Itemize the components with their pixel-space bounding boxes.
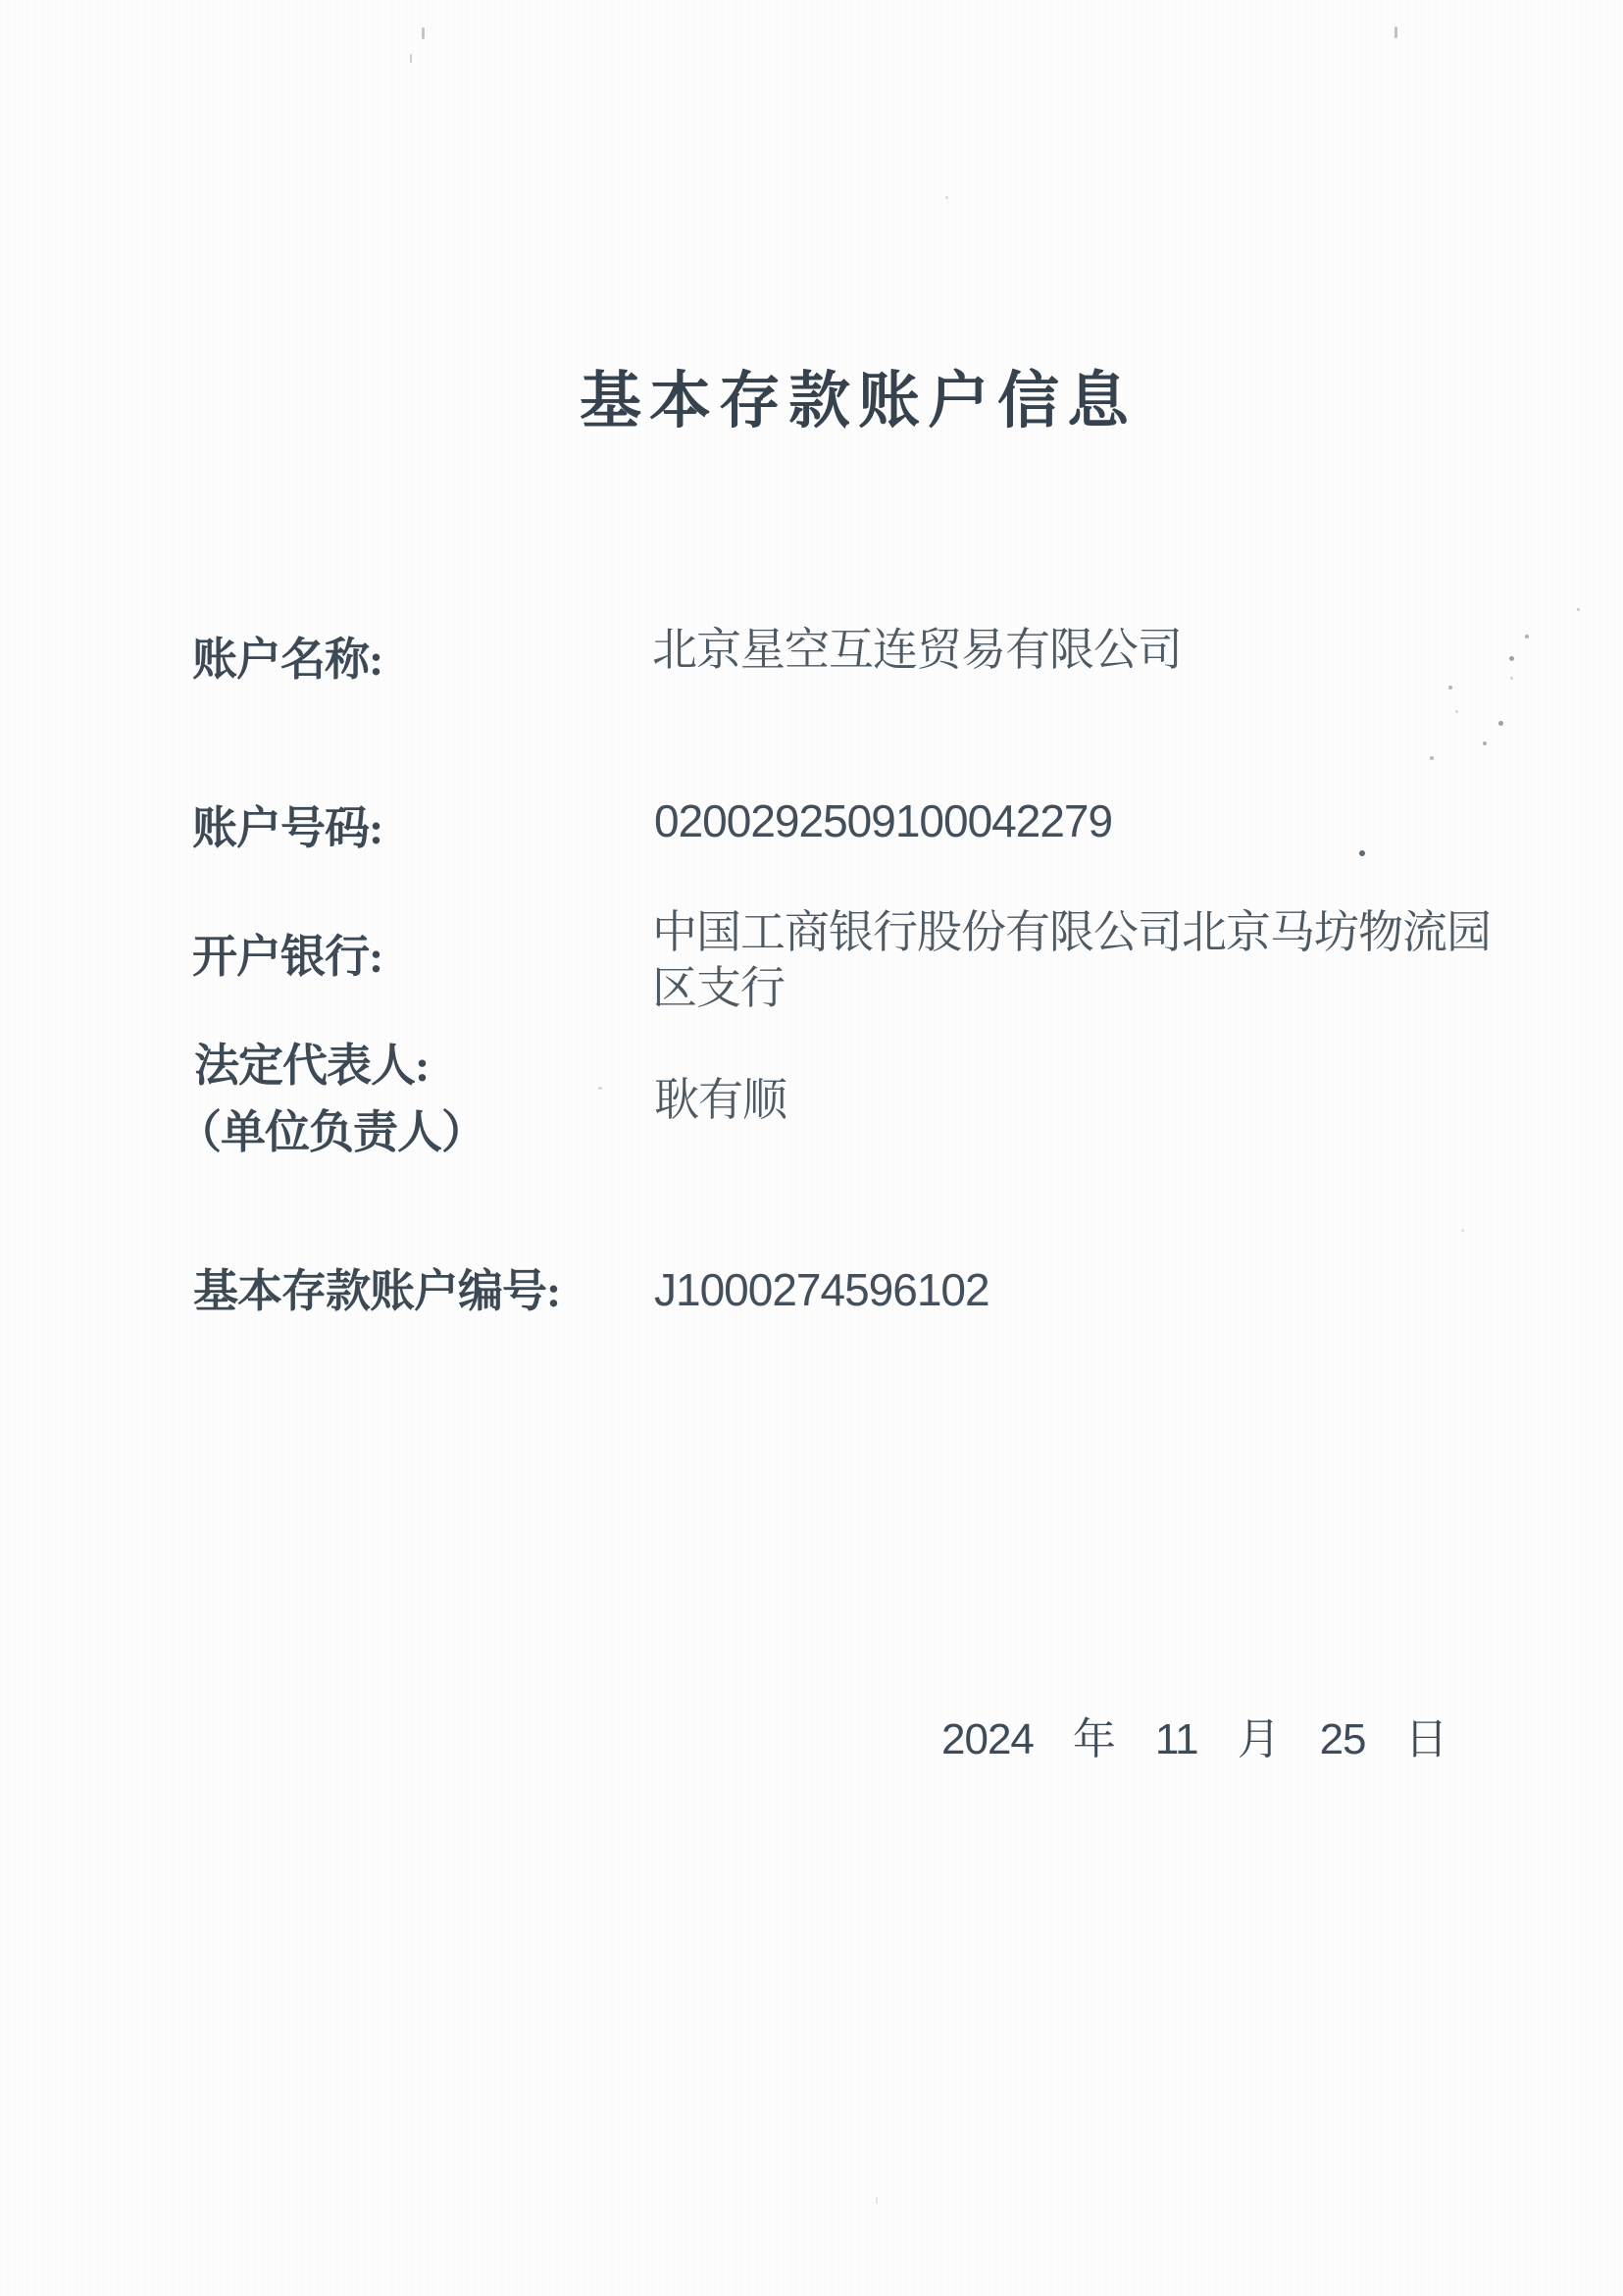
date-day: 25 bbox=[1320, 1718, 1366, 1761]
scan-artifact bbox=[1577, 608, 1580, 611]
scan-artifact bbox=[1448, 686, 1452, 689]
account-name-value: 北京星空互连贸易有限公司 bbox=[652, 626, 1182, 676]
date-month-unit: 月 bbox=[1238, 1718, 1281, 1761]
scan-artifact bbox=[1395, 26, 1397, 38]
account-number-label: 账户号码: bbox=[192, 804, 382, 854]
account-number-value: 0200292509100042279 bbox=[654, 796, 1112, 846]
document-title: 基本存款账户信息 bbox=[580, 371, 1137, 433]
scan-artifact bbox=[876, 2197, 878, 2204]
date-year-unit: 年 bbox=[1073, 1718, 1116, 1761]
legal-rep-label-line2: （单位负责人） bbox=[177, 1108, 485, 1158]
date-year: 2024 bbox=[941, 1718, 1034, 1761]
date-day-unit: 日 bbox=[1405, 1718, 1448, 1761]
scan-artifact bbox=[1455, 710, 1458, 713]
account-id-label: 基本存款账户编号: bbox=[193, 1267, 560, 1317]
account-name-label: 账户名称: bbox=[192, 636, 382, 686]
scan-artifact bbox=[1498, 721, 1503, 726]
scan-artifact bbox=[1510, 677, 1513, 680]
date-month: 11 bbox=[1155, 1718, 1198, 1761]
scanned-document-page: 基本存款账户信息 账户名称: 北京星空互连贸易有限公司 账户号码: 020029… bbox=[0, 0, 1623, 2296]
legal-rep-label-line1: 法定代表人: bbox=[194, 1042, 429, 1092]
scan-artifact bbox=[1461, 1229, 1464, 1232]
account-id-value: J1000274596102 bbox=[654, 1265, 989, 1315]
scan-artifact bbox=[598, 1087, 602, 1090]
bank-value: 中国工商银行股份有限公司北京马坊物流园区支行 bbox=[652, 904, 1519, 1016]
scan-artifact bbox=[1430, 756, 1434, 760]
scan-artifact bbox=[945, 196, 948, 199]
scan-artifact bbox=[1525, 635, 1529, 638]
scan-artifact bbox=[422, 27, 425, 39]
legal-rep-value: 耿有顺 bbox=[654, 1076, 786, 1126]
scan-artifact bbox=[1509, 656, 1514, 661]
scan-artifact bbox=[1483, 741, 1487, 745]
document-date: 2024 年 11 月 25 日 bbox=[941, 1718, 1448, 1761]
bank-label: 开户银行: bbox=[192, 933, 382, 983]
scan-artifact bbox=[410, 54, 412, 63]
scan-artifact bbox=[1359, 850, 1365, 856]
